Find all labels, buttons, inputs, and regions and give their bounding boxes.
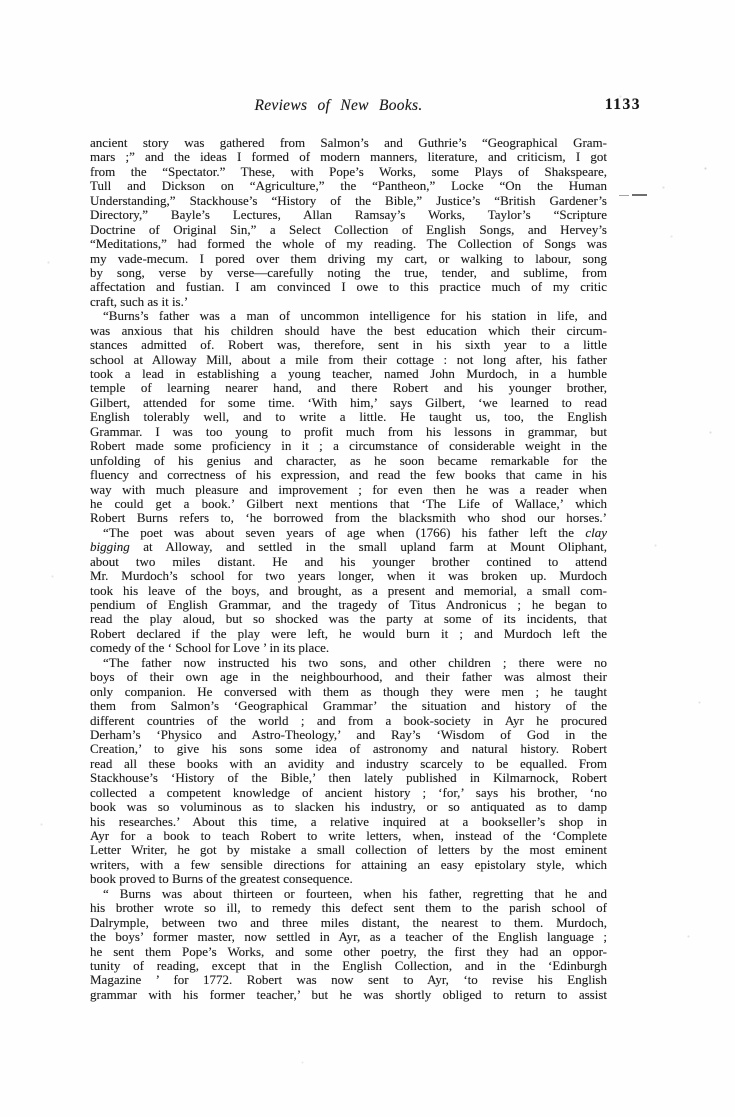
text-line: “ Burns was about thirteen or fourteen, … — [90, 887, 607, 901]
text-line: Ayr for a book to teach Robert to write … — [90, 829, 607, 843]
text-line: tunity of reading, except that in the En… — [90, 959, 607, 973]
text-line: Understanding,” Stackhouse’s “History of… — [90, 194, 607, 208]
text-line: book was so voluminous as to slacken his… — [90, 800, 607, 814]
text-line: was anxious that his children should hav… — [90, 324, 607, 338]
text-line: Robert made some proficiency in it ; a c… — [90, 439, 607, 453]
text-line: Robert Burns refers to, ‘he borrowed fro… — [90, 511, 607, 525]
text-line: Magazine ’ for 1772. Robert was now sent… — [90, 973, 607, 987]
text-line: different countries of the world ; and f… — [90, 714, 607, 728]
text-line: read all these books with an avidity and… — [90, 757, 607, 771]
text-line: them from Salmon’s ‘Geographical Grammar… — [90, 699, 607, 713]
italic-text: bigging — [90, 539, 130, 554]
italic-text: clay — [585, 525, 607, 540]
text-line: read the play aloud, but so shocked was … — [90, 612, 607, 626]
text-line: craft, such as it is.’ — [90, 295, 607, 309]
text-line: unfolding of his genius and character, a… — [90, 454, 607, 468]
text-line: took a lead in establishing a young teac… — [90, 367, 607, 381]
text-line: by song, verse by verse—carefully noting… — [90, 266, 607, 280]
text-line: “Meditations,” had formed the whole of m… — [90, 237, 607, 251]
text-line: stances admitted of. Robert was, therefo… — [90, 338, 607, 352]
text-segment: “The poet was about seven years of age w… — [103, 525, 585, 540]
text-line: ancient story was gathered from Salmon’s… — [90, 136, 607, 150]
paragraph: “The poet was about seven years of age w… — [90, 526, 607, 656]
text-line: way with much pleasure and improvement ;… — [90, 483, 607, 497]
text-line: pendium of English Grammar, and the trag… — [90, 598, 607, 612]
paragraph: ancient story was gathered from Salmon’s… — [90, 136, 607, 309]
text-line: Dalrymple, between two and three miles d… — [90, 916, 607, 930]
paragraph: “The father now instructed his two sons,… — [90, 656, 607, 887]
text-line: he sent them Pope’s Works, and some othe… — [90, 945, 607, 959]
page-number: 1133 — [605, 96, 641, 114]
text-line: my vade-mecum. I pored over them driving… — [90, 252, 607, 266]
text-line: the boys’ former master, now settled in … — [90, 930, 607, 944]
text-line: Tull and Dickson on “Agriculture,” the “… — [90, 179, 607, 193]
text-line: English tolerably well, and to write a l… — [90, 410, 607, 424]
text-line: Derham’s ‘Physico and Astro-Theology,’ a… — [90, 728, 607, 742]
text-line: boys of their own age in the neighbourho… — [90, 670, 607, 684]
text-line: fluency and correctness of his expressio… — [90, 468, 607, 482]
text-line: temple of learning nearer hand, and ther… — [90, 381, 607, 395]
text-line: book proved to Burns of the greatest con… — [90, 872, 607, 886]
text-line: Mr. Murdoch’s school for two years longe… — [90, 569, 607, 583]
scanned-book-page: { "header": { "title": "Reviews of New B… — [0, 0, 735, 1117]
margin-stray-mark — [619, 186, 653, 192]
book-page: Reviews of New Books. 1133 ancient story… — [0, 0, 735, 1117]
text-line: bigging at Alloway, and settled in the s… — [90, 540, 607, 554]
text-line: school at Alloway Mill, about a mile fro… — [90, 353, 607, 367]
text-line: about two miles distant. He and his youn… — [90, 555, 607, 569]
text-line: took his leave of the boys, and brought,… — [90, 584, 607, 598]
text-segment: at Alloway, and settled in the small upl… — [130, 539, 607, 554]
text-line: mars ;” and the ideas I formed of modern… — [90, 150, 607, 164]
text-line: collected a competent knowledge of ancie… — [90, 786, 607, 800]
text-line: writers, with a few sensible directions … — [90, 858, 607, 872]
text-line: his brother wrote so ill, to remedy this… — [90, 901, 607, 915]
text-line: Robert declared if the play were left, h… — [90, 627, 607, 641]
text-line: “Burns’s father was a man of uncommon in… — [90, 309, 607, 323]
text-line: grammar with his former teacher,’ but he… — [90, 988, 607, 1002]
scan-noise — [0, 0, 1, 1]
page-text: ancient story was gathered from Salmon’s… — [90, 136, 607, 1002]
text-line: Stackhouse’s ‘History of the Bible,’ the… — [90, 771, 607, 785]
text-line: comedy of the ‘ School for Love ’ in its… — [90, 641, 607, 655]
margin-dash-icon — [632, 194, 647, 196]
text-line: Letter Writer, he got by mistake a small… — [90, 843, 607, 857]
text-line: Directory,” Bayle’s Lectures, Allan Rams… — [90, 208, 607, 222]
text-line: he could get a book.’ Gilbert next menti… — [90, 497, 607, 511]
text-line: only companion. He conversed with them a… — [90, 685, 607, 699]
text-line: Creation,’ to give his sons some idea of… — [90, 742, 607, 756]
text-line: Doctrine of Original Sin,” a Select Coll… — [90, 223, 607, 237]
text-line: “The father now instructed his two sons,… — [90, 656, 607, 670]
running-title: Reviews of New Books. — [80, 97, 597, 115]
text-line: “The poet was about seven years of age w… — [90, 526, 607, 540]
text-line: Grammar. I was too young to profit much … — [90, 425, 607, 439]
text-line: affectation and fustian. I am convinced … — [90, 280, 607, 294]
text-line: from the “Spectator.” These, with Pope’s… — [90, 165, 607, 179]
paragraph: “Burns’s father was a man of uncommon in… — [90, 309, 607, 526]
margin-dash-icon — [619, 195, 629, 196]
text-line: his researches.’ About this time, a rela… — [90, 815, 607, 829]
paragraph: “ Burns was about thirteen or fourteen, … — [90, 887, 607, 1003]
text-line: Gilbert, attended for some time. ‘With h… — [90, 396, 607, 410]
